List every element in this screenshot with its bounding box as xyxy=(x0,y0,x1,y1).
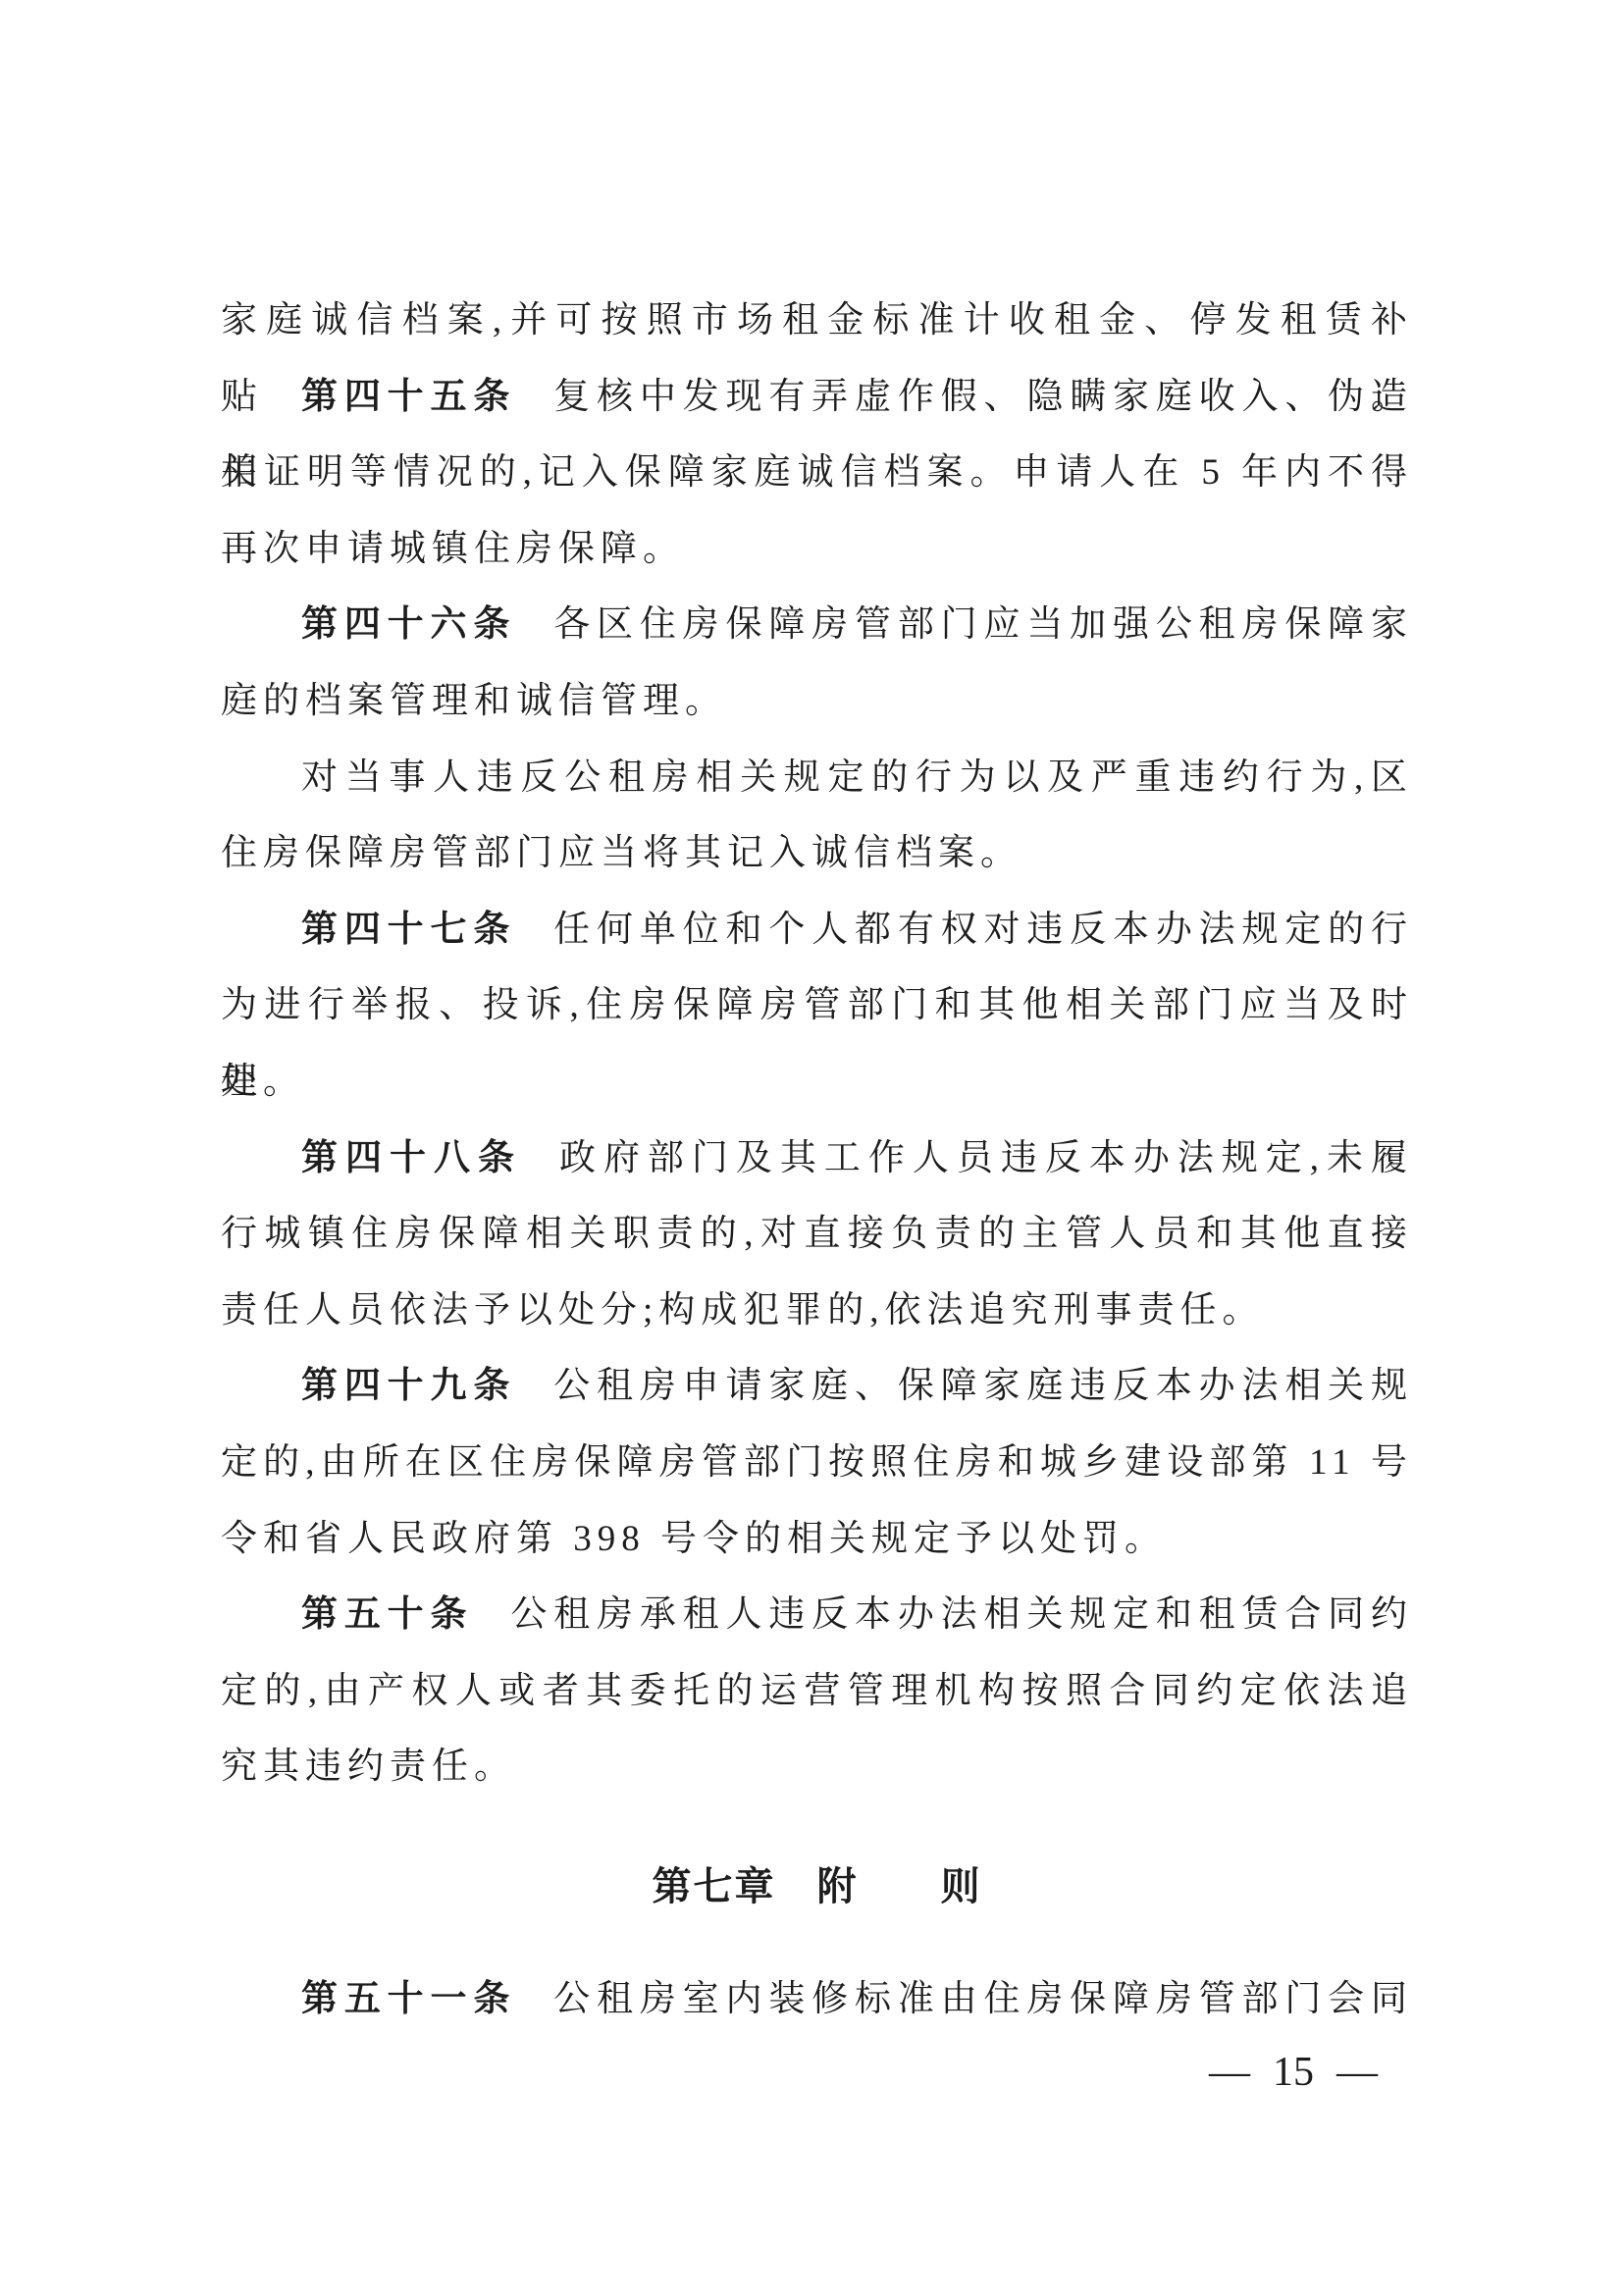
text-line: 家庭诚信档案,并可按照市场租金标准计收租金、停发租赁补贴。 xyxy=(221,283,1413,359)
body-lines-bottom: 第五十一条公租房室内装修标准由住房保障房管部门会同 xyxy=(221,1961,1413,2038)
text-line: 住房保障房管部门应当将其记入诚信档案。 xyxy=(221,815,1413,892)
text-line: 令和省人民政府第 398 号令的相关规定予以处罚。 xyxy=(221,1501,1413,1578)
line-text: 令和省人民政府第 398 号令的相关规定予以处罚。 xyxy=(221,1519,1167,1559)
body-lines-top: 家庭诚信档案,并可按照市场租金标准计收租金、停发租赁补贴。第四十五条复核中发现有… xyxy=(221,283,1413,1805)
text-line: 再次申请城镇住房保障。 xyxy=(221,511,1413,588)
text-line: 关证明等情况的,记入保障家庭诚信档案。申请人在 5 年内不得 xyxy=(221,435,1413,511)
article-number: 第五十条 xyxy=(301,1594,473,1635)
text-line: 第四十九条公租房申请家庭、保障家庭违反本办法相关规 xyxy=(221,1348,1413,1425)
text-line: 为进行举报、投诉,住房保障房管部门和其他相关部门应当及时处 xyxy=(221,967,1413,1044)
text-line: 第四十六条各区住房保障房管部门应当加强公租房保障家 xyxy=(221,587,1413,663)
page-footer: — 15 — xyxy=(1209,2049,1378,2096)
article-number: 第四十六条 xyxy=(301,604,516,645)
line-text: 究其违约责任。 xyxy=(221,1747,516,1787)
footer-dash-left: — xyxy=(1209,2049,1250,2096)
article-number: 第四十九条 xyxy=(301,1366,516,1406)
document-page: 家庭诚信档案,并可按照市场租金标准计收租金、停发租赁补贴。第四十五条复核中发现有… xyxy=(0,0,1623,2296)
text-line: 对当事人违反公租房相关规定的行为以及严重违约行为,区 xyxy=(221,740,1413,816)
line-text: 再次申请城镇住房保障。 xyxy=(221,529,685,569)
article-number: 第四十五条 xyxy=(301,377,516,417)
footer-dash-right: — xyxy=(1336,2049,1378,2096)
text-line: 第五十条公租房承租人违反本办法相关规定和租赁合同约 xyxy=(221,1577,1413,1653)
line-text: 公租房申请家庭、保障家庭违反本办法相关规 xyxy=(553,1366,1413,1406)
article-number: 第四十八条 xyxy=(301,1138,522,1178)
line-text: 关证明等情况的,记入保障家庭诚信档案。申请人在 5 年内不得 xyxy=(221,452,1413,493)
text-line: 定的,由产权人或者其委托的运营管理机构按照合同约定依法追 xyxy=(221,1653,1413,1730)
line-text: 责任人员依法予以处分;构成犯罪的,依法追究刑事责任。 xyxy=(221,1290,1265,1331)
line-text: 庭的档案管理和诚信管理。 xyxy=(221,681,727,721)
text-line: 究其违约责任。 xyxy=(221,1729,1413,1805)
line-text: 定的,由所在区住房保障房管部门按照住房和城乡建设部第 11 号 xyxy=(221,1442,1413,1483)
page-number: 15 xyxy=(1273,2049,1314,2096)
line-text: 定的,由产权人或者其委托的运营管理机构按照合同约定依法追 xyxy=(221,1671,1413,1711)
line-text: 行城镇住房保障相关职责的,对直接负责的主管人员和其他直接 xyxy=(221,1214,1413,1254)
text-line: 第四十七条任何单位和个人都有权对违反本办法规定的行 xyxy=(221,892,1413,968)
article-number: 第四十七条 xyxy=(301,910,516,950)
text-line: 第四十八条政府部门及其工作人员违反本办法规定,未履 xyxy=(221,1121,1413,1197)
chapter-heading: 第七章 附 则 xyxy=(221,1849,1413,1925)
text-line: 责任人员依法予以处分;构成犯罪的,依法追究刑事责任。 xyxy=(221,1273,1413,1349)
document-body: 家庭诚信档案,并可按照市场租金标准计收租金、停发租赁补贴。第四十五条复核中发现有… xyxy=(221,283,1413,2038)
text-line: 第五十一条公租房室内装修标准由住房保障房管部门会同 xyxy=(221,1961,1413,2038)
line-text: 公租房室内装修标准由住房保障房管部门会同 xyxy=(553,1979,1413,2019)
line-text: 各区住房保障房管部门应当加强公租房保障家 xyxy=(553,604,1413,645)
line-text: 对当事人违反公租房相关规定的行为以及严重违约行为,区 xyxy=(301,757,1413,798)
line-text: 公租房承租人违反本办法相关规定和租赁合同约 xyxy=(510,1594,1413,1635)
text-line: 行城镇住房保障相关职责的,对直接负责的主管人员和其他直接 xyxy=(221,1196,1413,1273)
line-text: 任何单位和个人都有权对违反本办法规定的行 xyxy=(553,910,1413,950)
line-text: 理。 xyxy=(221,1062,305,1102)
line-text: 住房保障房管部门应当将其记入诚信档案。 xyxy=(221,833,1022,873)
article-number: 第五十一条 xyxy=(301,1979,516,2019)
text-line: 庭的档案管理和诚信管理。 xyxy=(221,663,1413,740)
text-line: 理。 xyxy=(221,1044,1413,1121)
line-text: 政府部门及其工作人员违反本办法规定,未履 xyxy=(559,1138,1413,1178)
text-line: 定的,由所在区住房保障房管部门按照住房和城乡建设部第 11 号 xyxy=(221,1425,1413,1501)
text-line: 第四十五条复核中发现有弄虚作假、隐瞒家庭收入、伪造相 xyxy=(221,359,1413,436)
